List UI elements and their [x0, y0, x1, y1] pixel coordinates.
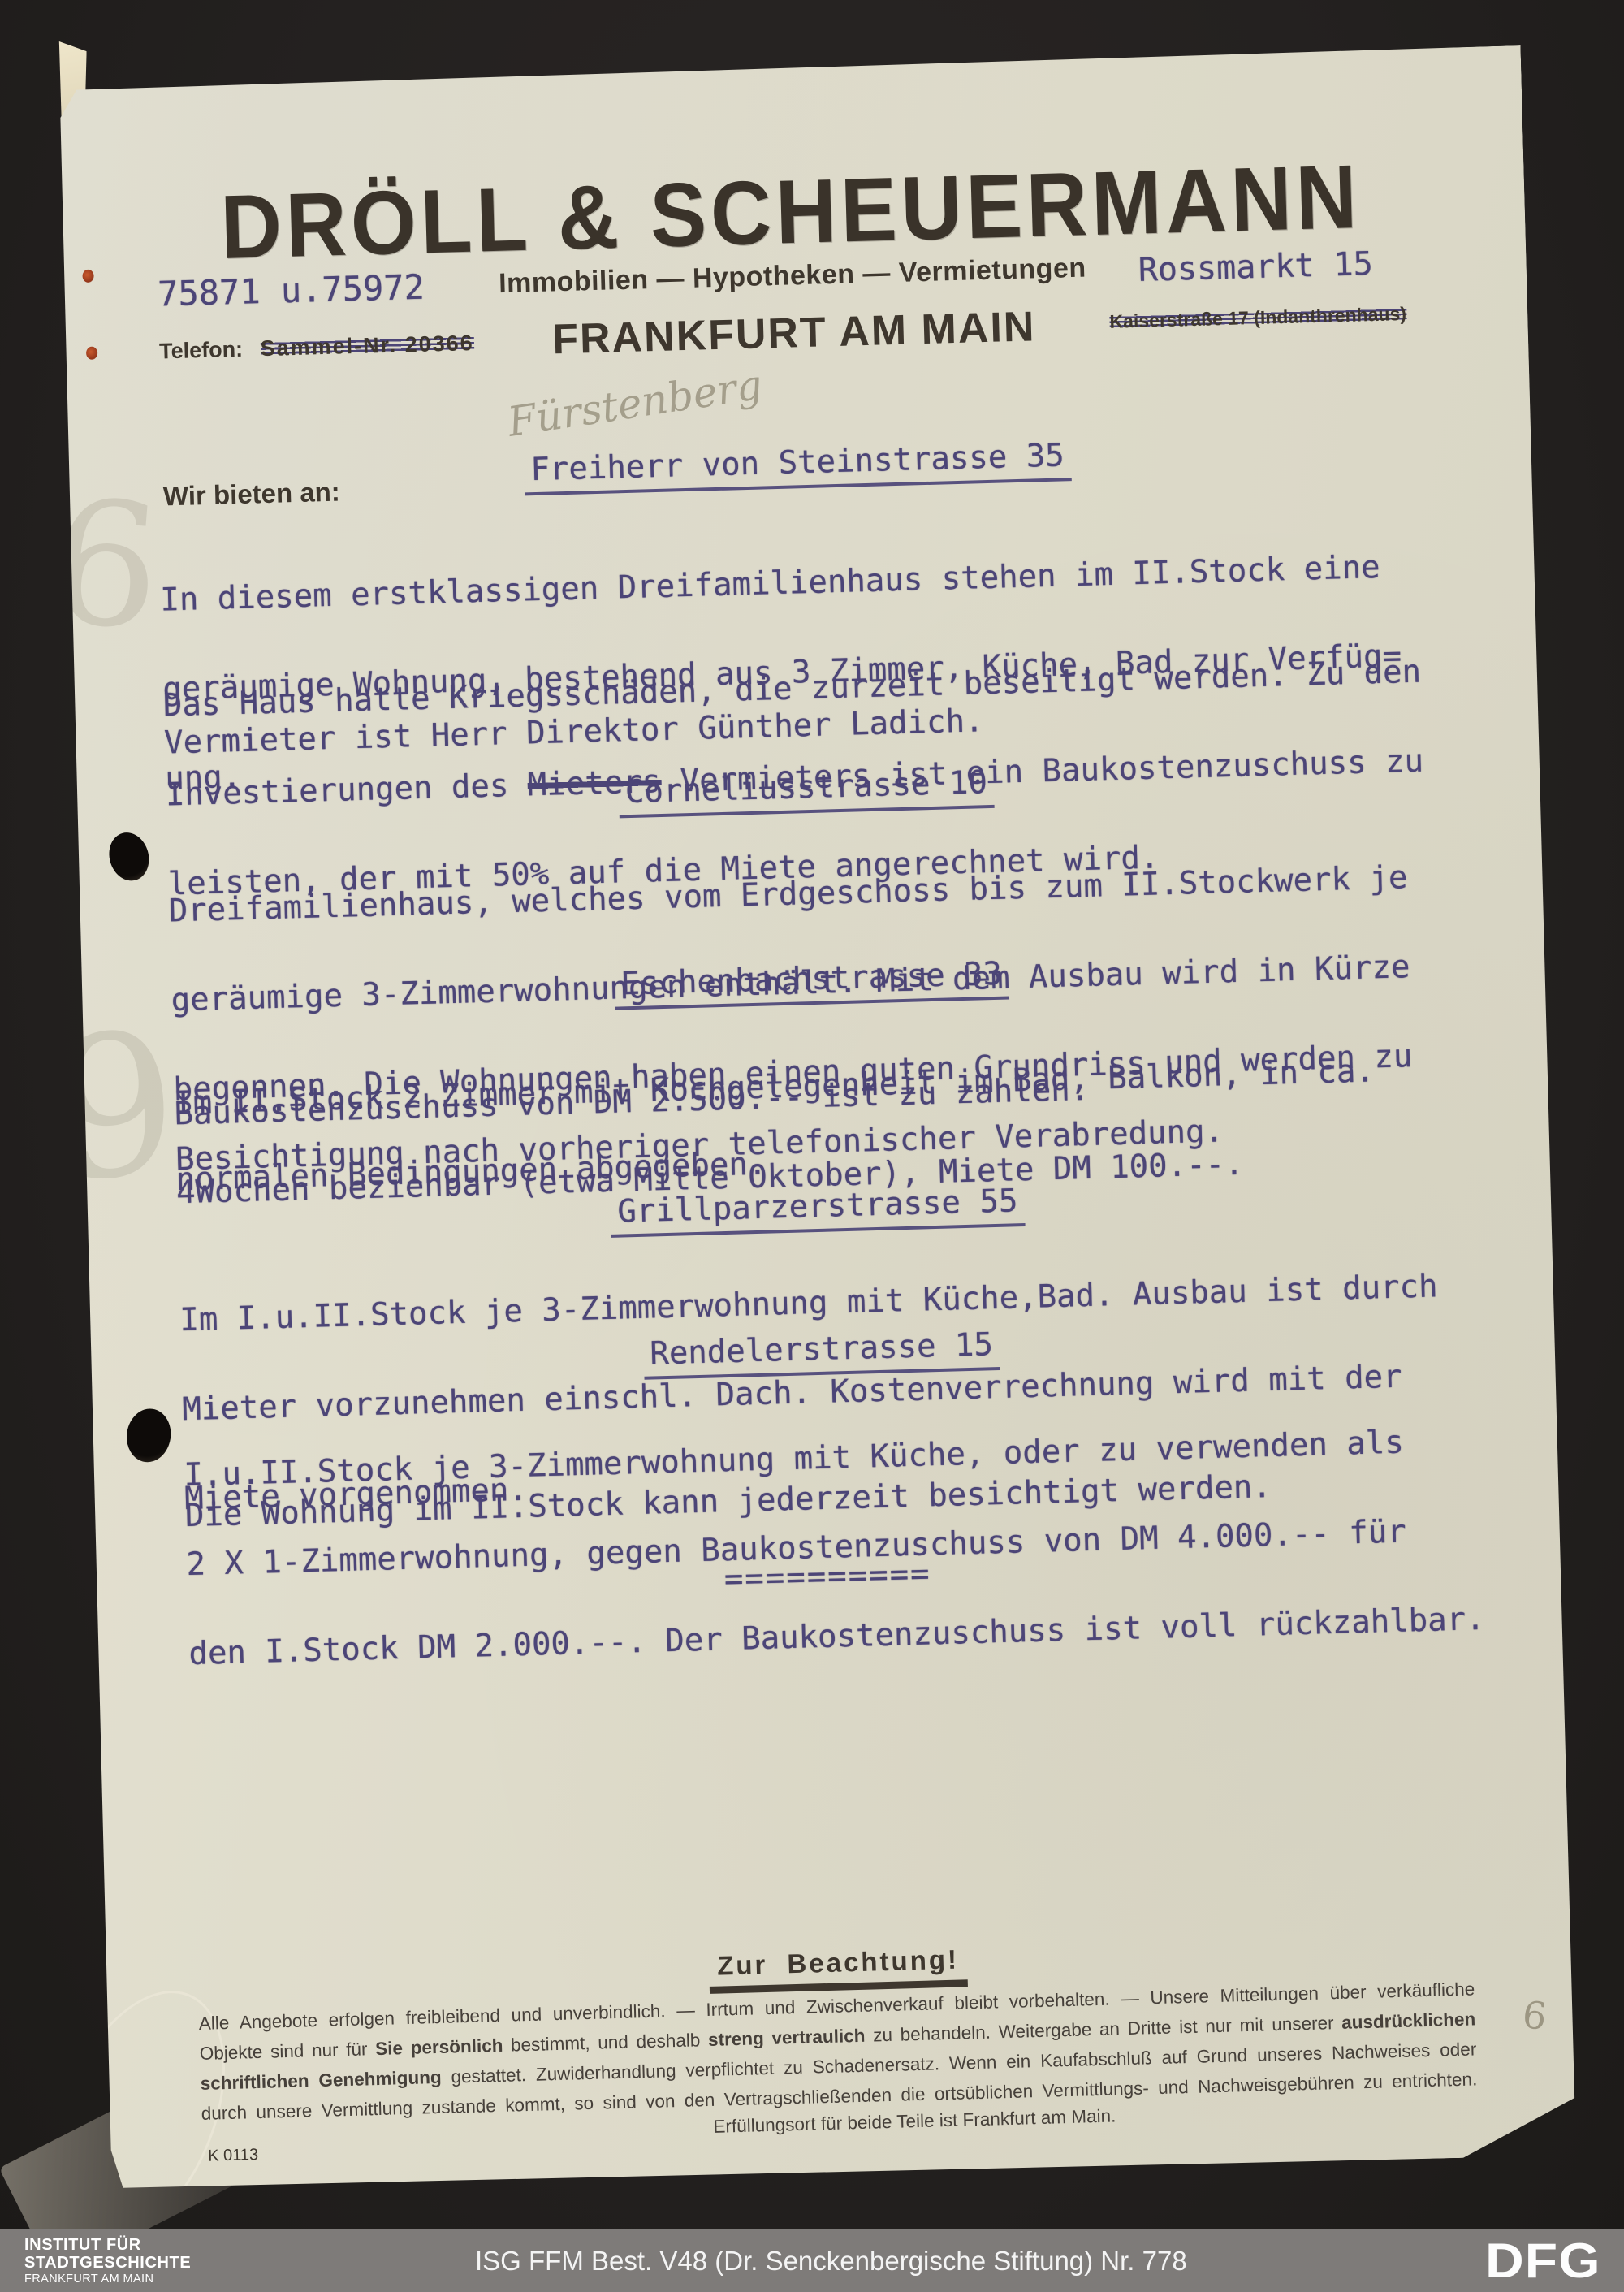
- phone-old-struck: Sammel-Nr. 20366: [260, 331, 474, 361]
- archive-reference: ISG FFM Best. V48 (Dr. Senckenbergische …: [475, 2229, 1187, 2292]
- typed-line: Dreifamilienhaus, welches vom Erdgeschos…: [168, 863, 1408, 927]
- isg-logo: INSTITUT FÜR STADTGESCHICHTE FRANKFURT A…: [24, 2236, 191, 2286]
- typed-line: den I.Stock DM 2.000.--. Der Baukostenzu…: [188, 1605, 1485, 1670]
- pencil-scribble: 9: [42, 988, 188, 1226]
- dfg-logo: DFG: [1485, 2233, 1601, 2289]
- pencil-page-number: 6: [1520, 1992, 1548, 2039]
- typed-paragraph: I.u.II.Stock je 3-Zimmerwohnung mit Küch…: [182, 1366, 1487, 1730]
- form-number: K 0113: [208, 2146, 259, 2166]
- phone-numbers-typed: 75871 u.75972: [158, 273, 425, 310]
- punch-hole: [104, 828, 154, 885]
- pencil-annotation-name: Fürstenberg: [504, 361, 765, 446]
- archive-scan-background: DRÖLL & SCHEUERMANN Immobilien — Hypothe…: [0, 0, 1624, 2292]
- archive-footer-bar: INSTITUT FÜR STADTGESCHICHTE FRANKFURT A…: [0, 2229, 1624, 2292]
- isg-logo-line: FRANKFURT AM MAIN: [24, 2272, 191, 2286]
- isg-logo-line: STADTGESCHICHTE: [24, 2254, 191, 2272]
- document-page: DRÖLL & SCHEUERMANN Immobilien — Hypothe…: [53, 45, 1578, 2195]
- isg-logo-line: INSTITUT FÜR: [24, 2236, 191, 2254]
- section-heading: Freiherr von Steinstrasse 35: [63, 429, 1531, 499]
- punch-hole: [123, 1406, 175, 1465]
- address-typed: Rossmarkt 15: [1138, 249, 1373, 286]
- phone-label: Telefon:: [159, 337, 244, 364]
